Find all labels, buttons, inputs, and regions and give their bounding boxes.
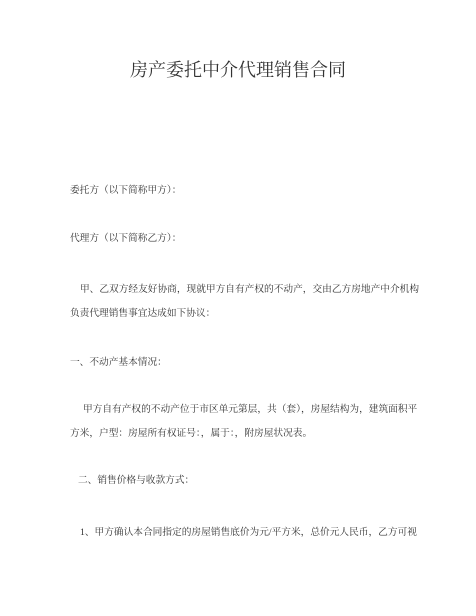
preamble-line-1: 甲、乙双方经友好协商，现就甲方自有产权的不动产，交由乙方房地产中介机构 [80, 284, 419, 296]
clause-1-line-1: 1、甲方确认本合同指定的房屋销售底价为元/平方米，总价元人民币，乙方可视 [80, 527, 417, 539]
party-b-line: 代理方（以下简称乙方）： [70, 233, 181, 245]
section-1-body-line-1: 甲方自有产权的不动产位于市区单元第层，共（套），房屋结构为，建筑面积平 [83, 404, 417, 416]
party-a-line: 委托方（以下简称甲方）： [70, 185, 181, 197]
section-1-heading: 一、不动产基本情况： [70, 357, 167, 369]
section-1-body-line-2: 方米，户型：房屋所有权证号：，属于：，附房屋状况表。 [70, 428, 312, 440]
section-2-heading: 二、销售价格与收款方式： [78, 475, 194, 487]
document-title: 房产委托中介代理销售合同 [0, 59, 476, 81]
preamble-line-2: 负责代理销售事宜达成如下协议： [70, 308, 215, 320]
contract-document-page: 房产委托中介代理销售合同 委托方（以下简称甲方）： 代理方（以下简称乙方）： 甲… [0, 0, 476, 616]
